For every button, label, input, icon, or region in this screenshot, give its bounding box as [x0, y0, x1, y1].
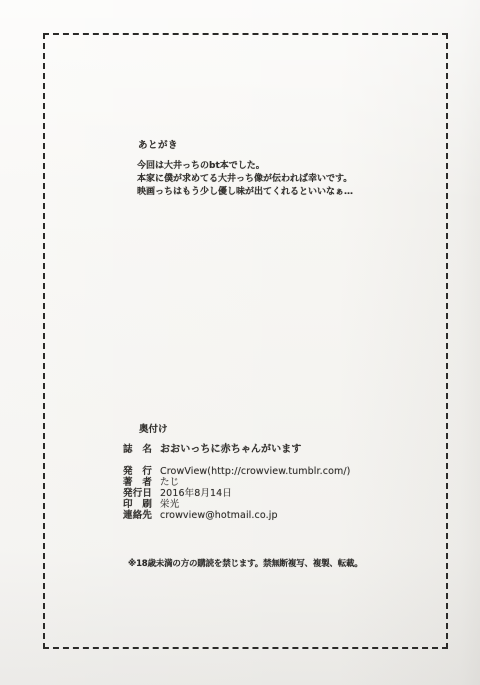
afterword-line-1: 今回は大井っちのbt本でした。 [137, 160, 353, 173]
age-restriction-notice: ※18歳未満の方の購読を禁じます。禁無断複写、複製、転載。 [128, 557, 363, 569]
colophon-row-title: 誌 名 おおいっちに赤ちゃんがいます [123, 440, 301, 455]
afterword-line-3: 映画っちはもう少し優し味が出てくれるといいなぁ… [137, 186, 353, 199]
colophon-label-title: 誌 名 [123, 441, 157, 455]
colophon-value-title: おおいっちに赤ちゃんがいます [160, 444, 301, 455]
afterword-line-2: 本家に僕が求めてる大井っち像が伝われば幸いです。 [137, 173, 353, 186]
colophon-value-publisher: CrowView(http://crowview.tumblr.com/) [160, 466, 350, 477]
scanned-doujinshi-page: あとがき 今回は大井っちのbt本でした。 本家に僕が求めてる大井っち像が伝われば… [0, 0, 480, 685]
colophon-label-contact: 連絡先 [123, 507, 157, 521]
colophon-heading: 奥付け [139, 421, 168, 435]
afterword-heading: あとがき [138, 137, 178, 151]
colophon-row-contact: 連絡先 crowview@hotmail.co.jp [123, 507, 278, 521]
afterword-paragraph: 今回は大井っちのbt本でした。 本家に僕が求めてる大井っち像が伝われば幸いです。… [137, 160, 353, 199]
colophon-value-contact: crowview@hotmail.co.jp [160, 510, 278, 521]
